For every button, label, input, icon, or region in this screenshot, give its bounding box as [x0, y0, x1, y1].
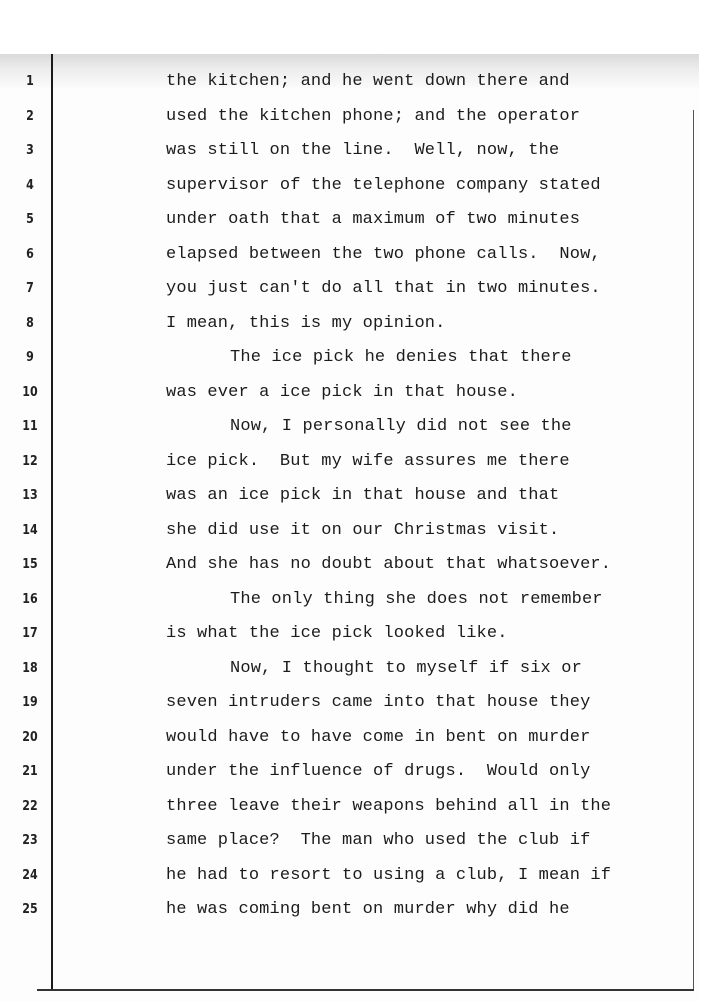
line-number: 23: [20, 833, 40, 848]
transcript-line: was ever a ice pick in that house.: [166, 383, 518, 402]
transcript-line: was an ice pick in that house and that: [166, 486, 559, 505]
transcript-line: the kitchen; and he went down there and: [166, 72, 570, 91]
transcript-line: The only thing she does not remember: [230, 590, 603, 609]
transcript-line: he had to resort to using a club, I mean…: [166, 866, 611, 885]
transcript-line: under the influence of drugs. Would only: [166, 762, 590, 781]
line-number: 10: [20, 385, 40, 400]
line-number: 13: [20, 488, 40, 503]
transcript-line: seven intruders came into that house the…: [166, 693, 590, 712]
line-number: 21: [20, 764, 40, 779]
transcript-line: Now, I personally did not see the: [230, 417, 572, 436]
left-margin-rule: [51, 54, 53, 991]
transcript-line: And she has no doubt about that whatsoev…: [166, 555, 611, 574]
line-number: 14: [20, 523, 40, 538]
transcript-line: under oath that a maximum of two minutes: [166, 210, 580, 229]
line-number: 1: [20, 74, 40, 89]
transcript-line: Now, I thought to myself if six or: [230, 659, 582, 678]
line-number: 3: [20, 143, 40, 158]
transcript-line: would have to have come in bent on murde…: [166, 728, 590, 747]
bottom-margin-rule: [37, 989, 694, 991]
transcript-line: elapsed between the two phone calls. Now…: [166, 245, 601, 264]
transcript-line: you just can't do all that in two minute…: [166, 279, 601, 298]
line-number: 6: [20, 247, 40, 262]
transcript-line: I mean, this is my opinion.: [166, 314, 446, 333]
transcript-line: The ice pick he denies that there: [230, 348, 572, 367]
transcript-line: he was coming bent on murder why did he: [166, 900, 570, 919]
line-number: 20: [20, 730, 40, 745]
transcript-line: she did use it on our Christmas visit.: [166, 521, 559, 540]
line-number: 19: [20, 695, 40, 710]
transcript-line: was still on the line. Well, now, the: [166, 141, 559, 160]
transcript-line: supervisor of the telephone company stat…: [166, 176, 601, 195]
line-number: 15: [20, 557, 40, 572]
line-number: 8: [20, 316, 40, 331]
line-number: 5: [20, 212, 40, 227]
line-number: 4: [20, 178, 40, 193]
transcript-line: is what the ice pick looked like.: [166, 624, 508, 643]
line-number: 25: [20, 902, 40, 917]
line-number: 24: [20, 868, 40, 883]
line-number: 12: [20, 454, 40, 469]
transcript-line: same place? The man who used the club if: [166, 831, 590, 850]
line-number: 22: [20, 799, 40, 814]
line-number: 2: [20, 109, 40, 124]
line-number: 7: [20, 281, 40, 296]
line-number: 9: [20, 350, 40, 365]
line-number: 17: [20, 626, 40, 641]
transcript-line: used the kitchen phone; and the operator: [166, 107, 580, 126]
line-number: 11: [20, 419, 40, 434]
line-number: 18: [20, 661, 40, 676]
line-number: 16: [20, 592, 40, 607]
transcript-line: three leave their weapons behind all in …: [166, 797, 611, 816]
right-margin-rule: [693, 110, 694, 990]
transcript-line: ice pick. But my wife assures me there: [166, 452, 570, 471]
